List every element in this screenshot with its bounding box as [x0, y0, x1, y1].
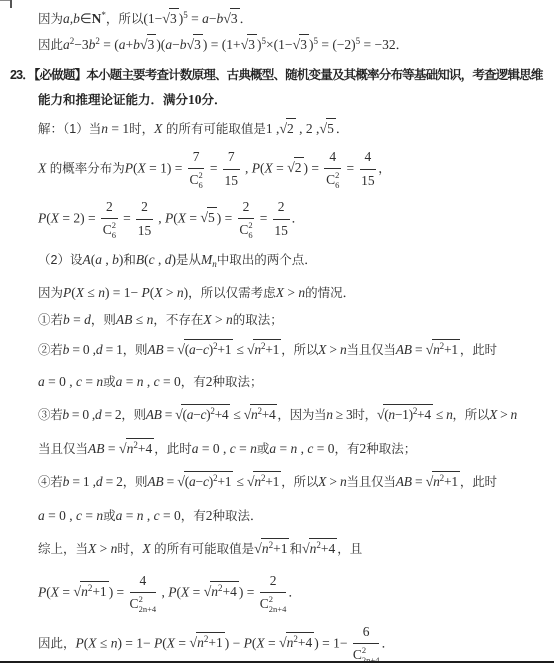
math-number: 4 [329, 149, 336, 164]
text-run: 时， [117, 542, 142, 556]
math-number: = [82, 374, 96, 389]
math-number: ≤ [233, 342, 247, 357]
combination-symbol: C22n+4 [260, 594, 287, 615]
fraction: 415 [360, 147, 377, 191]
math-variable: X [256, 635, 264, 650]
math-variable: M [201, 252, 212, 267]
math-number: +4 [138, 441, 152, 456]
text-run: 综上，当 [38, 542, 88, 556]
math-variable: P [142, 285, 150, 300]
problem-23-header-line-2: 能力和推理论证能力．满分10分． [38, 90, 227, 110]
text-run: 因为 [38, 12, 63, 26]
math-number: − [196, 474, 203, 489]
math-number: = [120, 210, 134, 225]
radicand: (a−c)2+1 [184, 471, 234, 492]
text-run: ． [396, 38, 409, 52]
combination-subscript: 6 [335, 181, 339, 191]
math-variable: b [216, 11, 223, 26]
fraction: 7C26 [188, 147, 205, 191]
combination-symbol: C26 [189, 170, 202, 191]
math-number: +1 [265, 342, 279, 357]
text-run: ，且 [337, 542, 362, 556]
radical: √3 [293, 34, 309, 56]
problem-23-header-line-1: 23．【必做题】本小题主要考查计数原理、古典概型、随机变量及其概率分布等基础知识… [10, 66, 543, 85]
numerator: 2 [238, 197, 255, 219]
math-number: = [82, 508, 96, 523]
line-since-ab-integers: 因为a,b∈N*，所以(1−√3)5 = a−b√3． [38, 8, 252, 30]
math-number: 2 [106, 199, 113, 214]
text-run: 解：（1）当 [38, 122, 101, 136]
radicand: n2+4 [250, 404, 277, 425]
text-run: ， [378, 161, 391, 175]
math-number: > [212, 312, 226, 327]
radical: √2 [287, 157, 303, 179]
math-variable: a [38, 508, 45, 523]
combination-base: C [239, 222, 248, 237]
combination-base: C [260, 596, 269, 611]
math-number: = [186, 210, 200, 225]
math-number: , [102, 252, 112, 267]
math-variable: AB [396, 474, 412, 489]
math-variable: n [177, 285, 184, 300]
math-number: −3 [74, 37, 88, 52]
line-summary-values: 综上，当X > n时，X 的所有可能取值是√n2+1和√n2+4，且 [38, 538, 362, 560]
math-number: = 2) = [59, 210, 99, 225]
text-run: 的情况． [305, 286, 355, 300]
line-summary-probabilities: P(X = √n2+1) = 4C22n+4 , P(X = √n2+4) = … [38, 571, 301, 615]
combination-scripts: 22n+4 [139, 595, 157, 615]
math-number: ≤ [84, 285, 98, 300]
math-variable: d [84, 312, 91, 327]
math-number: > [497, 407, 510, 422]
text-run: （2）设 [38, 253, 82, 267]
math-number: , [144, 374, 154, 389]
math-number: 7 [193, 149, 200, 164]
math-variable: a [95, 252, 102, 267]
math-number: = [206, 160, 220, 175]
radicand: 3 [230, 8, 240, 29]
math-number: 15 [361, 173, 375, 188]
text-run: ，此时 [460, 343, 497, 357]
text-run: ，有 [181, 375, 206, 389]
math-number: 15 [224, 173, 238, 188]
radical: √n2+4 [204, 581, 239, 603]
line-case-1: ①若b = d，则AB ≤ n，不存在X > n的取法； [38, 310, 283, 330]
text-run: ，此时 [154, 442, 192, 456]
math-number: 7 [228, 149, 235, 164]
numerator: 2 [101, 197, 118, 219]
combination-subscript: 6 [112, 231, 116, 241]
line-case-2: ②若b = 0 ,d = 1，则AB = √(a−c)2+1 ≤ √n2+1，所… [38, 339, 497, 361]
text-run: ，有 [334, 442, 359, 456]
text-run: ，所以 [281, 343, 318, 357]
math-variable: X [264, 160, 272, 175]
math-number: = [122, 508, 136, 523]
math-number: = [265, 635, 279, 650]
text-run: ，因为当 [277, 408, 326, 422]
radical: √3 [140, 34, 156, 56]
text-run: 或 [103, 509, 116, 523]
math-number: )( [156, 37, 165, 52]
radical: √n2+4 [244, 404, 278, 426]
math-number: ) = [109, 584, 128, 599]
text-run: ，所以 [106, 12, 144, 26]
math-number: ∈ [80, 11, 92, 26]
denominator: 15 [273, 220, 290, 241]
line-case-4-count: a = 0 , c = n或a = n , c = 0，有2种取法． [38, 506, 263, 526]
math-variable: A [82, 252, 90, 267]
math-variable: P [165, 210, 173, 225]
radical: √(n−1)2+4 [377, 404, 433, 426]
fraction: 2C26 [238, 197, 255, 241]
combination-base: C [326, 172, 335, 187]
math-number: = [175, 635, 189, 650]
math-number: = 0 , [45, 508, 76, 523]
math-variable: X [318, 342, 326, 357]
text-run: ，所以仅需考虑 [188, 286, 276, 300]
line-part2-setup: （2）设A(a , b)和B(c , d)是从Mn中取出的两个点． [38, 250, 317, 270]
math-number: +1 [265, 474, 279, 489]
text-run: 分． [202, 93, 227, 107]
text-run: ． [336, 122, 349, 136]
math-number: 3 [300, 37, 307, 52]
math-number: ≤ [97, 635, 111, 650]
math-number: = [276, 441, 290, 456]
math-variable: B [136, 252, 144, 267]
text-run: 或 [257, 442, 270, 456]
math-number: 2 [206, 508, 213, 523]
math-number: ) = [304, 160, 323, 175]
numerator: 4 [130, 571, 157, 593]
radical: √n2+4 [302, 538, 337, 560]
math-number: ) = [239, 584, 258, 599]
numerator: 6 [353, 622, 380, 644]
math-variable: P [252, 160, 260, 175]
line-distribution-p1-psqrt2: X 的概率分布为P(X = 1) = 7C26 = 715 , P(X = √2… [38, 147, 391, 191]
text-run: ③若 [38, 408, 62, 422]
math-number: +1 [444, 474, 458, 489]
text-run: 当且仅当 [347, 475, 396, 489]
math-number: = 1) = [146, 160, 186, 175]
math-number: = 0 , [69, 407, 95, 422]
math-variable: n [137, 374, 144, 389]
math-variable: X [167, 635, 175, 650]
math-number: = [163, 342, 177, 357]
radical: √n2+1 [247, 339, 281, 361]
math-variable: X [88, 635, 96, 650]
math-number: > [326, 342, 340, 357]
math-number: ) = 1− [314, 635, 351, 650]
page-bottom-rule [0, 661, 554, 663]
math-variable: X [51, 584, 59, 599]
radical: √n2+1 [426, 471, 460, 493]
math-number: 3 [248, 37, 255, 52]
math-variable: X [76, 285, 84, 300]
document-page: 因为a,b∈N*，所以(1−√3)5 = a−b√3．因此a2−3b2 = (a… [0, 0, 554, 669]
math-number: , [297, 441, 307, 456]
radical: √n2+1 [254, 538, 289, 560]
math-number: 1 , [266, 121, 280, 136]
text-run: ． [381, 636, 394, 650]
math-number: +4 [417, 407, 431, 422]
line-solution-part1: 解：（1）当n = 1时，X 的所有可能取值是1 ,√2 , 2 ,√5． [38, 118, 348, 140]
math-variable: a,b [63, 11, 80, 26]
math-number: = 0 , [69, 342, 96, 357]
math-variable: n [101, 121, 108, 136]
radicand: 3 [299, 34, 309, 55]
text-run: 和 [123, 253, 136, 267]
math-number: ≤ [433, 407, 446, 422]
math-number: 5 [327, 121, 334, 136]
math-number: 2 [295, 160, 302, 175]
radical: √n2+4 [119, 438, 154, 460]
combination-subscript: 2n+4 [269, 605, 287, 615]
radicand: (n−1)2+4 [383, 404, 433, 425]
math-number: − [172, 37, 180, 52]
math-number: 5 [208, 210, 215, 225]
numerator: 7 [188, 147, 205, 169]
denominator: C26 [188, 169, 205, 191]
combination-base: C [353, 647, 362, 662]
combination-base: C [130, 596, 139, 611]
math-number: +4 [223, 584, 237, 599]
math-number: +4 [262, 407, 276, 422]
math-variable: X [178, 210, 186, 225]
math-number: +1 [273, 541, 287, 556]
math-number: , 2 , [296, 121, 320, 136]
radicand: 2 [294, 157, 304, 178]
set-symbol: N [92, 11, 102, 26]
math-number: ≤ [233, 474, 247, 489]
math-number: = [412, 474, 426, 489]
math-number: 2 [278, 199, 285, 214]
radicand: n2+1 [80, 581, 109, 602]
math-number: ) = 1− [105, 285, 142, 300]
math-variable: X [154, 285, 162, 300]
math-number: 4 [139, 573, 146, 588]
line-final-answer: 因此，P(X ≤ n) = 1− P(X = √n2+1) − P(X = √n… [38, 622, 394, 666]
math-variable: X [489, 407, 497, 422]
text-run: 因为 [38, 286, 63, 300]
math-number: ) = [217, 210, 236, 225]
radicand: 3 [147, 34, 157, 55]
text-run: 因此， [38, 636, 76, 650]
numerator: 2 [273, 197, 290, 219]
numerator: 4 [324, 147, 341, 169]
text-run: 的概率分布为 [46, 161, 124, 175]
line-therefore-a2-3b2: 因此a2−3b2 = (a+b√3)(a−b√3) = (1+√3)5×(1−√… [38, 34, 408, 56]
numerator: 2 [136, 197, 153, 219]
radical: √3 [162, 8, 178, 30]
math-variable: X [142, 541, 150, 556]
text-run: 当且仅当 [38, 442, 88, 456]
math-number: = 0 , [198, 441, 229, 456]
radical: √2 [279, 118, 295, 140]
math-number: = [189, 584, 203, 599]
math-number: , [155, 252, 165, 267]
math-number: 2 [141, 199, 148, 214]
text-run: 的所有可能取值是 [162, 122, 265, 136]
math-variable: P [76, 635, 84, 650]
text-run: 的所有可能取值是 [151, 542, 254, 556]
combination-symbol: C26 [239, 220, 252, 241]
radicand: n2+1 [253, 471, 281, 492]
math-number: 2 [287, 121, 294, 136]
text-run: 的取法； [233, 313, 283, 327]
radicand: n2+1 [253, 339, 281, 360]
radicand: n2+1 [432, 471, 460, 492]
text-run: ，则 [121, 408, 145, 422]
math-number: = (−2) [318, 37, 356, 52]
math-variable: X [318, 474, 326, 489]
math-number: = [412, 342, 426, 357]
math-variable: n [81, 584, 88, 599]
math-number: = 1 , [69, 474, 96, 489]
math-number: 3 [148, 37, 155, 52]
line-complement-argument: 因为P(X ≤ n) = 1− P(X > n)，所以仅需考虑X > n的情况． [38, 283, 355, 303]
text-run: ，则 [123, 343, 148, 357]
radicand: n2+4 [309, 538, 338, 559]
radicand: n2+1 [196, 632, 225, 653]
radical: √n2+1 [73, 581, 108, 603]
text-run: ． [288, 585, 301, 599]
math-variable: b [63, 312, 70, 327]
math-variable: AB [88, 441, 105, 456]
math-number: ≤ [132, 312, 146, 327]
text-run: 种取法； [213, 375, 263, 389]
math-number: ≤ [230, 407, 243, 422]
combination-symbol: C26 [103, 220, 116, 241]
math-number: ) = 1− [117, 635, 154, 650]
combination-subscript: 2n+4 [139, 605, 157, 615]
fraction: 4C26 [324, 147, 341, 191]
radical: √(a−c)2+1 [177, 339, 233, 361]
math-number: ) − [225, 635, 244, 650]
math-number: > [96, 541, 110, 556]
radicand: 5 [326, 118, 336, 139]
math-number: 6 [363, 624, 370, 639]
denominator: C26 [238, 219, 255, 241]
math-number: = 1 [102, 342, 122, 357]
text-run: 中取出的两个点． [217, 253, 317, 267]
text-run: 是从 [176, 253, 201, 267]
math-number: +1 [208, 635, 222, 650]
numerator: 4 [360, 147, 377, 169]
math-variable: AB [116, 312, 133, 327]
math-number: + [126, 37, 134, 52]
combination-subscript: 6 [248, 231, 252, 241]
text-run: ，有 [181, 509, 206, 523]
math-variable: P [125, 160, 133, 175]
text-run: ②若 [38, 343, 63, 357]
math-number: (1− [143, 11, 162, 26]
text-run: 当且仅当 [347, 343, 396, 357]
fraction: 215 [136, 197, 153, 241]
math-number: = [343, 160, 357, 175]
text-run: ． [292, 211, 305, 225]
radicand: n2+1 [432, 339, 460, 360]
math-variable: P [38, 584, 46, 599]
text-run: 时， [352, 408, 376, 422]
math-variable: n [197, 635, 204, 650]
math-number: +1 [444, 342, 458, 357]
text-run: 种取法； [366, 442, 416, 456]
fraction: 6C22n+4 [353, 622, 380, 666]
math-number: > [284, 285, 298, 300]
math-number: +4 [298, 635, 312, 650]
math-variable: n [511, 407, 517, 422]
radical: √(a−c)2+1 [177, 471, 233, 493]
radicand: 3 [193, 34, 203, 55]
math-variable: P [244, 635, 252, 650]
math-number: +1 [217, 474, 231, 489]
math-number: = −32 [360, 37, 395, 52]
combination-base: C [189, 172, 198, 187]
combination-scripts: 26 [248, 221, 252, 241]
math-number: +4 [321, 541, 335, 556]
denominator: C26 [101, 219, 118, 241]
text-run: 种取法． [213, 509, 263, 523]
math-number: ≥ 3 [333, 407, 353, 422]
radicand: (a−c)2+1 [184, 339, 234, 360]
math-number: 2 [243, 199, 250, 214]
combination-base: C [103, 222, 112, 237]
math-number: = 1 [108, 121, 129, 136]
math-number: > [163, 285, 177, 300]
combination-symbol: C26 [326, 170, 339, 191]
math-number: = [188, 11, 202, 26]
line-case-3: ③若b = 0 ,d = 2，则AB = √(a−c)2+4 ≤ √n2+4，因… [38, 404, 517, 426]
radical: √n2+1 [189, 632, 224, 654]
radicand: 2 [286, 118, 296, 139]
math-number: = [59, 584, 73, 599]
math-variable: AB [396, 342, 412, 357]
denominator: C22n+4 [260, 593, 287, 615]
math-variable: n [137, 508, 144, 523]
combination-scripts: 26 [112, 221, 116, 241]
denominator: 15 [223, 170, 240, 191]
text-run: 能力和推理论证能力．满分 [38, 93, 188, 107]
math-variable: b [112, 252, 119, 267]
math-number: = [122, 374, 136, 389]
combination-subscript: 6 [198, 181, 202, 191]
math-variable: b [133, 37, 140, 52]
text-run: 和 [289, 542, 302, 556]
radical: √5 [200, 207, 216, 229]
text-run: ①若 [38, 313, 63, 327]
text-run: ，所以 [453, 408, 490, 422]
math-number: = 2 [101, 407, 121, 422]
math-number: = 2 [102, 474, 122, 489]
math-number: −1) [395, 407, 413, 422]
denominator: C26 [324, 169, 341, 191]
math-number: = [236, 441, 250, 456]
denominator: C22n+4 [130, 593, 157, 615]
line-case-2-count: a = 0 , c = n或a = n , c = 0，有2种取法； [38, 372, 263, 392]
math-number: +4 [215, 407, 229, 422]
math-number: +1 [217, 342, 231, 357]
radicand: n2+1 [261, 538, 290, 559]
radical: √3 [186, 34, 202, 56]
radicand: n2+4 [210, 581, 239, 602]
math-number: 3 [231, 11, 238, 26]
text-run: 23．【必做题】本小题主要考查计数原理、古典概型、随机变量及其概率分布等基础知识… [10, 68, 543, 82]
math-number: = 0 [313, 441, 334, 456]
math-variable: n [226, 312, 233, 327]
radical: √(a−c)2+4 [175, 404, 230, 426]
text-run: ，则 [123, 475, 148, 489]
math-number: = 0 , [45, 374, 76, 389]
